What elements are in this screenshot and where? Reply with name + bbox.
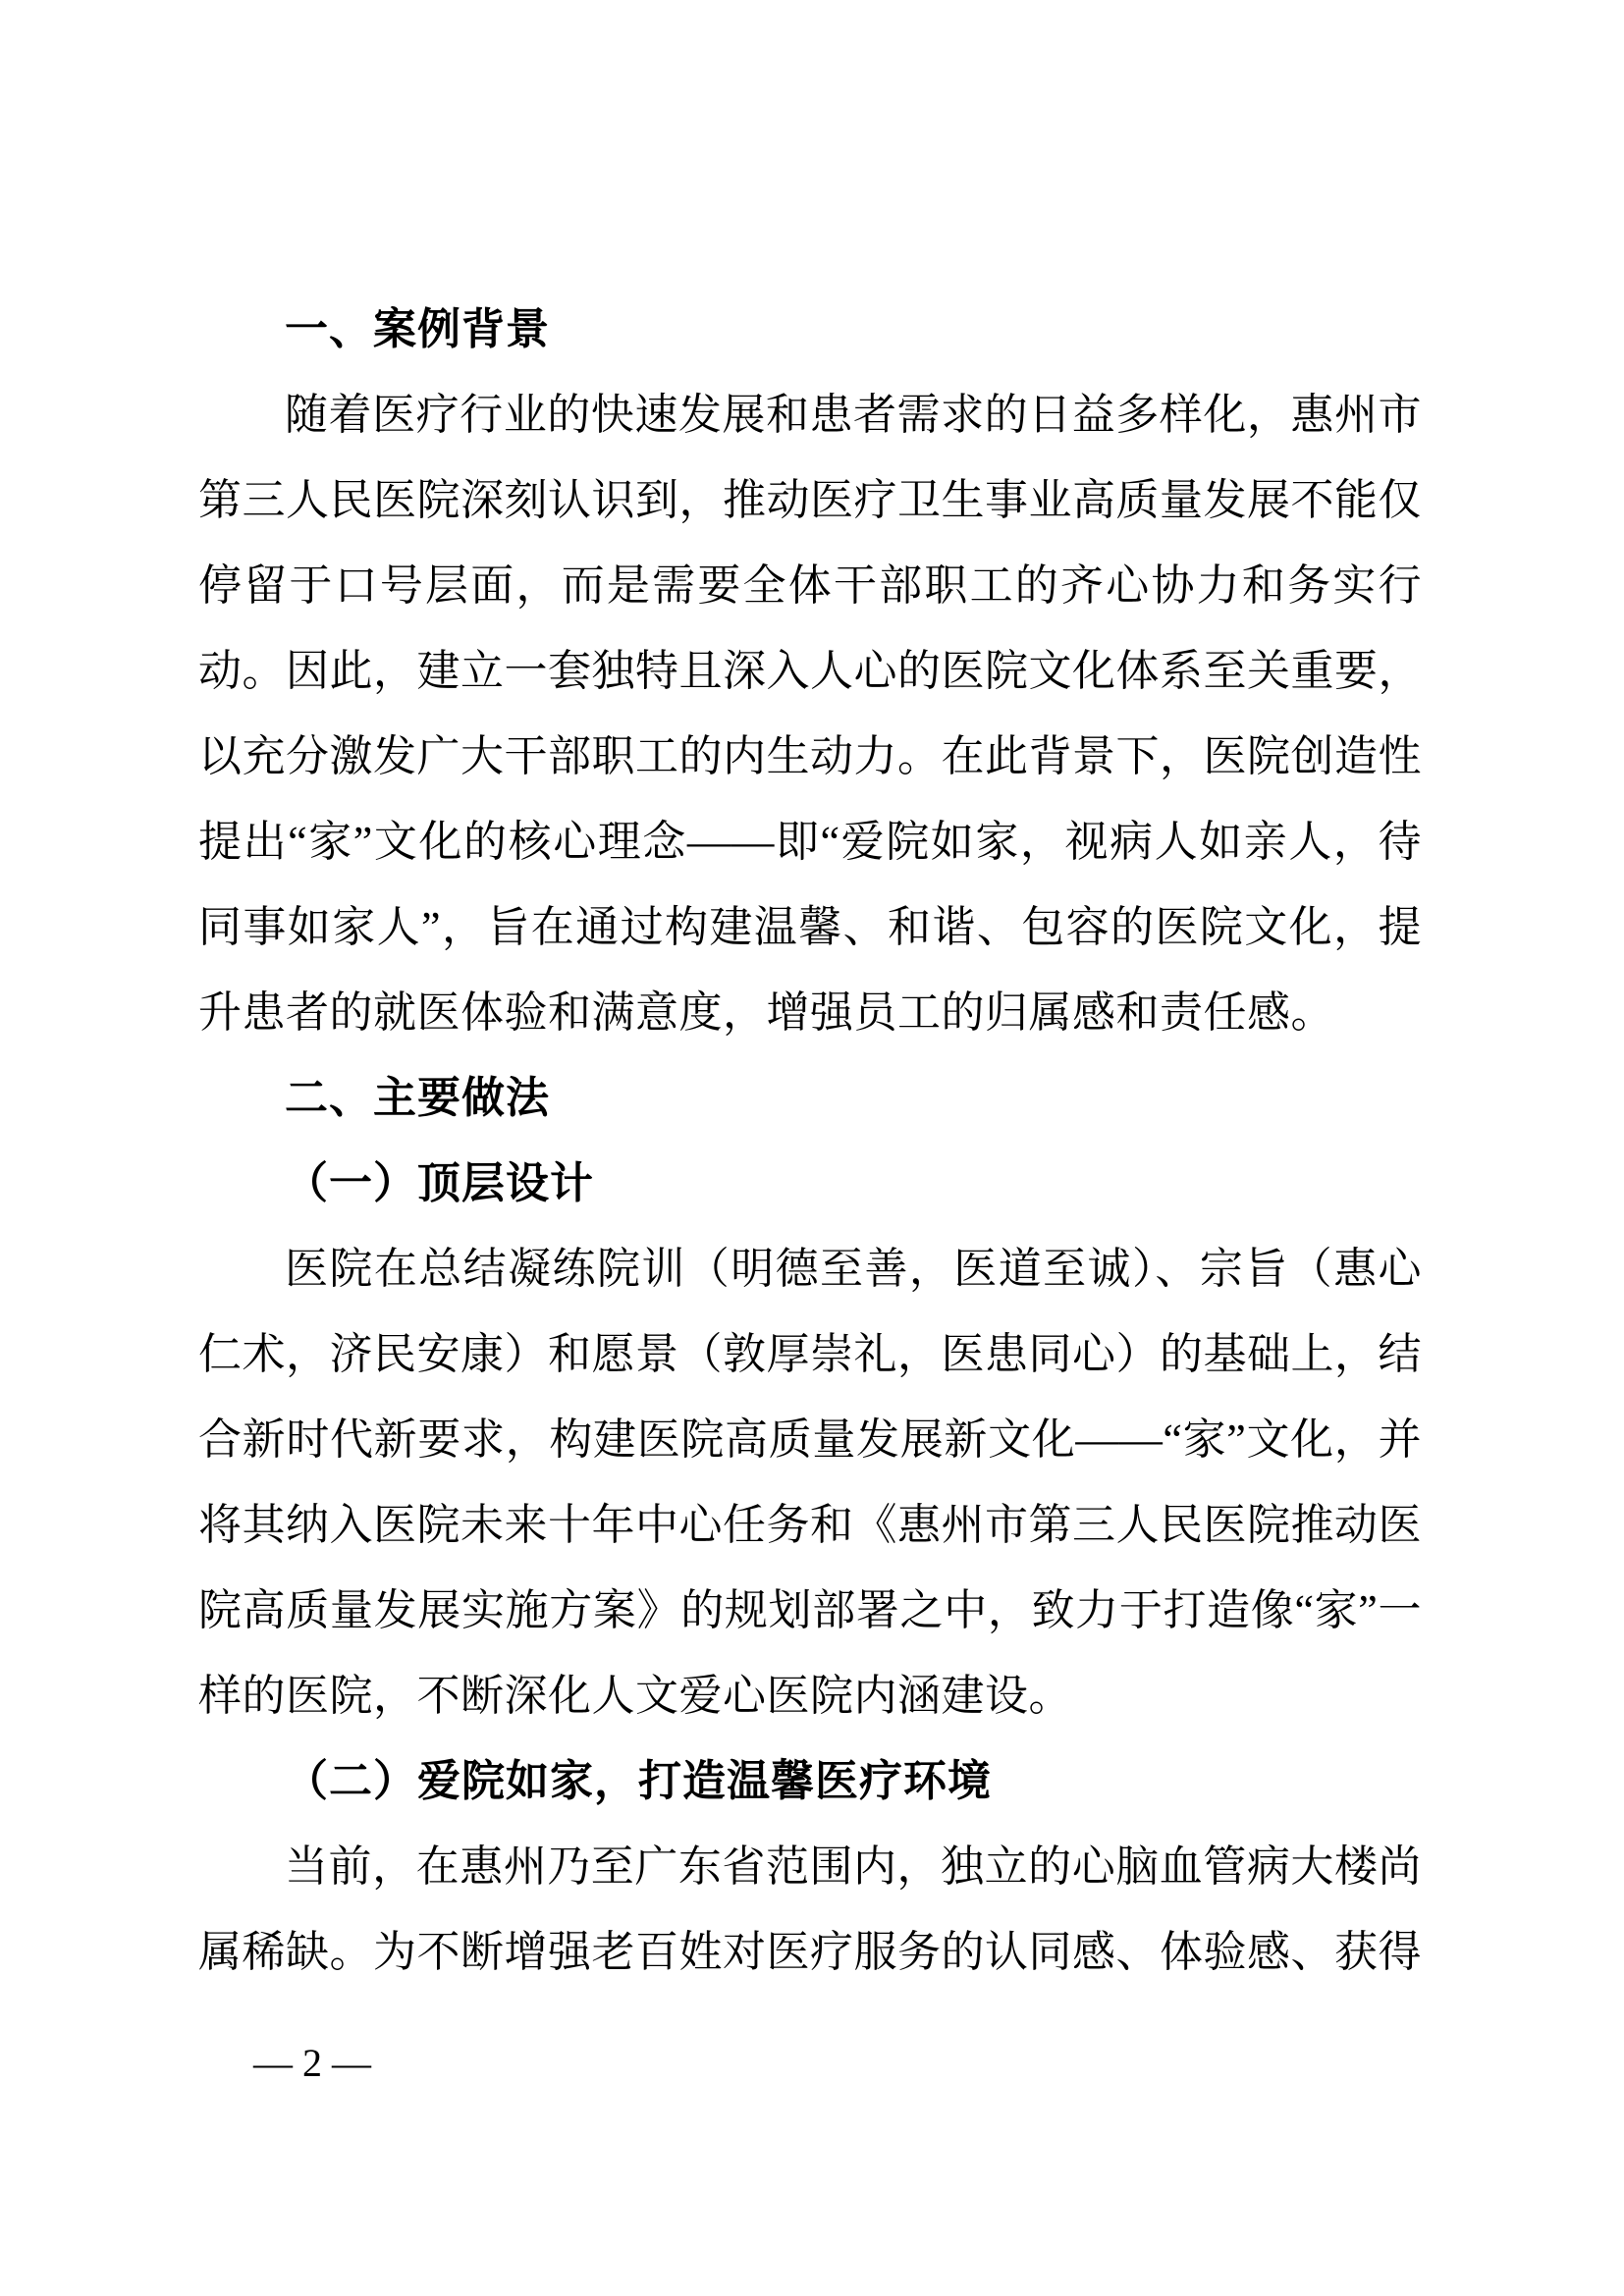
page-number: — 2 — (253, 2040, 371, 2087)
paragraph-medical-environment: 当前，在惠州乃至广东省范围内，独立的心脑血管病大楼尚属稀缺。为不断增强老百姓对医… (198, 1824, 1422, 1995)
section-heading-main-practices: 二、主要做法 (198, 1055, 1422, 1141)
paragraph-top-level-design: 医院在总结凝练院训（明德至善，医道至诚）、宗旨（惠心仁术，济民安康）和愿景（敦厚… (198, 1226, 1422, 1738)
document-body: 一、案例背景 随着医疗行业的快速发展和患者需求的日益多样化，惠州市第三人民医院深… (198, 287, 1422, 1995)
section-heading-case-background: 一、案例背景 (198, 287, 1422, 372)
document-page: 一、案例背景 随着医疗行业的快速发展和患者需求的日益多样化，惠州市第三人民医院深… (0, 0, 1624, 2296)
subsection-heading-top-level-design: （一）顶层设计 (198, 1141, 1422, 1226)
paragraph-case-background: 随着医疗行业的快速发展和患者需求的日益多样化，惠州市第三人民医院深刻认识到，推动… (198, 372, 1422, 1055)
subsection-heading-love-hospital-as-home: （二）爱院如家，打造温馨医疗环境 (198, 1738, 1422, 1824)
